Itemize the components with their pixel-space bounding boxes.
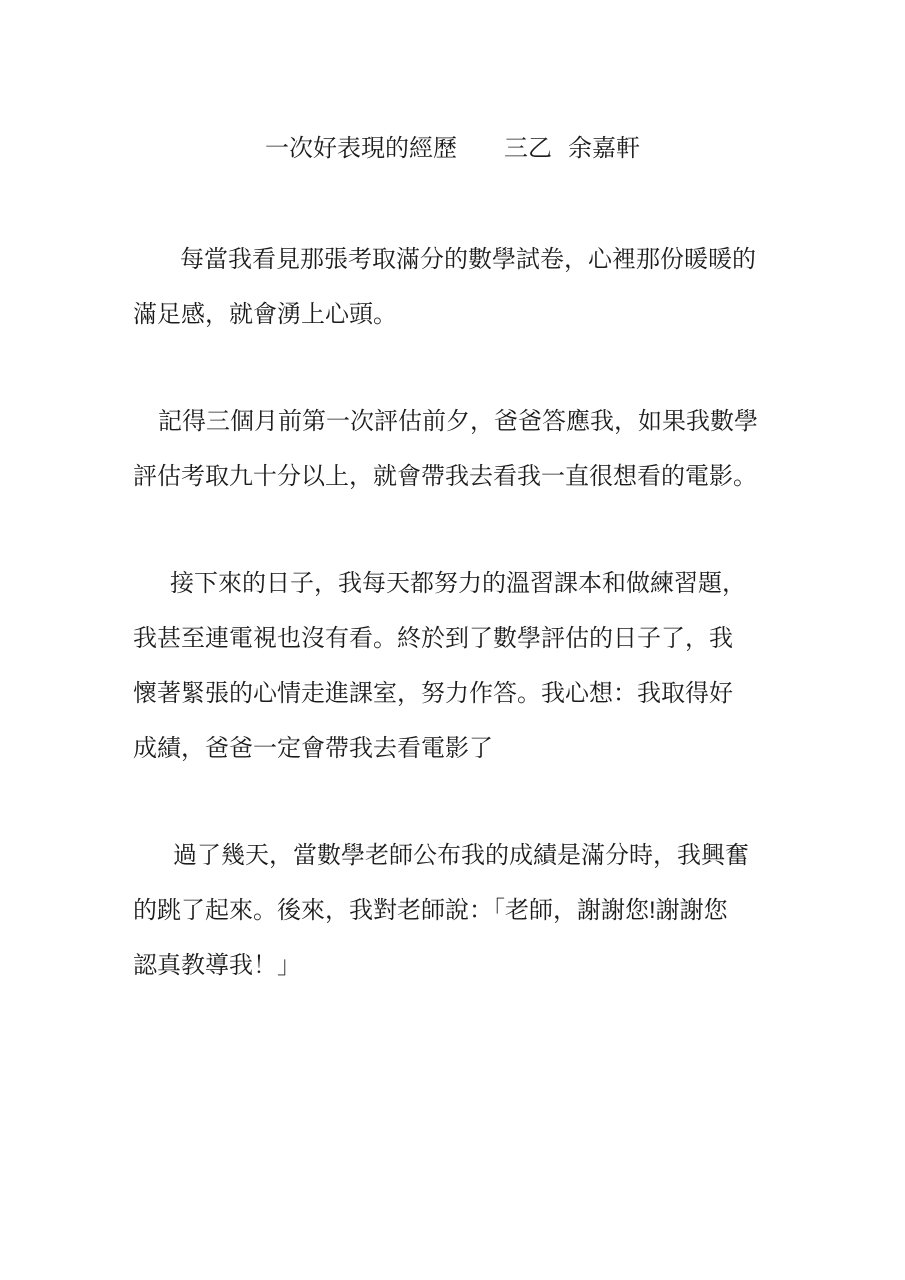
essay-line: 接下來的日子，我每天都努力的溫習課本和做練習題，: [133, 556, 905, 611]
essay-line: 滿足感，就會湧上心頭。: [133, 287, 905, 342]
essay-line: 過了幾天，當數學老師公布我的成績是滿分時，我興奮: [133, 828, 905, 883]
essay-line: 認真教導我！」: [133, 938, 905, 993]
essay-paragraph-4: 過了幾天，當數學老師公布我的成績是滿分時，我興奮 的跳了起來。後來，我對老師說：…: [133, 828, 905, 993]
essay-paragraph-1: 每當我看見那張考取滿分的數學試卷，心裡那份暖暖的 滿足感，就會湧上心頭。: [133, 232, 905, 342]
essay-line: 記得三個月前第一次評估前夕，爸爸答應我，如果我數學: [133, 394, 905, 449]
essay-paragraph-2: 記得三個月前第一次評估前夕，爸爸答應我，如果我數學 評估考取九十分以上，就會帶我…: [133, 394, 905, 504]
essay-title: 一次好表現的經歷 三乙 余嘉軒: [0, 121, 905, 176]
essay-page: 一次好表現的經歷 三乙 余嘉軒 每當我看見那張考取滿分的數學試卷，心裡那份暖暖的…: [0, 0, 905, 1280]
author-name: 余嘉軒: [568, 121, 640, 176]
essay-paragraph-3: 接下來的日子，我每天都努力的溫習課本和做練習題， 我甚至連電視也沒有看。終於到了…: [133, 556, 905, 776]
essay-line: 評估考取九十分以上，就會帶我去看我一直很想看的電影。: [133, 449, 905, 504]
class-label: 三乙: [504, 121, 552, 176]
essay-line: 成績，爸爸一定會帶我去看電影了: [133, 721, 905, 776]
essay-line: 的跳了起來。後來，我對老師說：「老師，謝謝您!謝謝您: [133, 883, 905, 938]
essay-line: 每當我看見那張考取滿分的數學試卷，心裡那份暖暖的: [133, 232, 905, 287]
essay-line: 懷著緊張的心情走進課室，努力作答。我心想：我取得好: [133, 666, 905, 721]
essay-title-text: 一次好表現的經歷: [265, 121, 457, 176]
essay-line: 我甚至連電視也沒有看。終於到了數學評估的日子了，我: [133, 611, 905, 666]
